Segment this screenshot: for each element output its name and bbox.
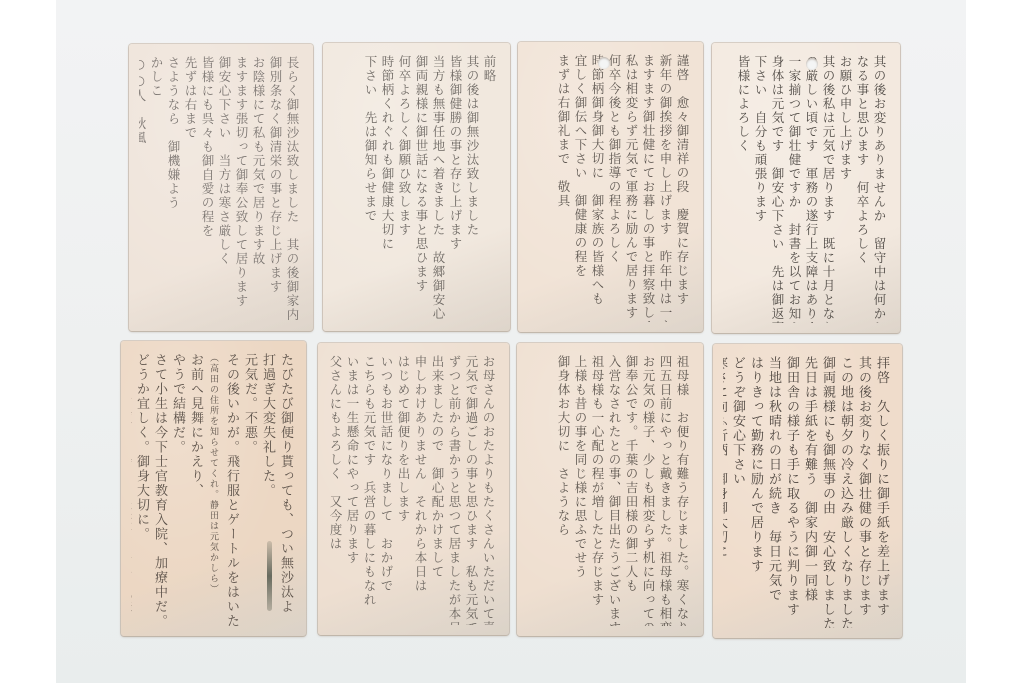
text-column: 下さい 先は御知らせまで [362,55,379,321]
text-column: 御奉公です。千葉の吉田様の御二人も [623,355,640,626]
postcard-1: 長らく御無沙汰致しました 其の後御家内御一同様にも御別条なく御清栄の事と存じ上げ… [129,44,313,331]
text-column: お陰様にて私も元気で居ります故 [250,56,267,321]
text-column: 皆様にも呉々も御自愛の程を [199,56,216,321]
text-column: 寒さに向ふ折柄 御身御大切に [723,356,728,628]
text-column: 何卒今後とも御指導の程よろしく [606,54,623,322]
handwritten-text: 前略其の後は御無沙汰致しました皆様御健勝の事と存じ上げます当方も無事任地へ着きま… [333,55,498,321]
text-column: 祖母様 お便り有難う存じました。寒くなり [674,355,691,626]
handwritten-text: 其の後お変りありませんか 留守中は何かとお世話になる事と思ひます 何卒よろしくお… [722,55,888,323]
text-column: 当地は秋晴れの日が続き 毎日元気で [764,356,782,628]
text-column: 御田舎の様子も手に取るやうに判ります [782,356,800,628]
text-column: 出来ましたので 御心配かけまして [429,355,446,625]
text-column: 長らく御無沙汰致しました 其の後御家内御一同様にも [284,56,301,321]
text-column: 申しわけありません それから本日は [412,355,429,625]
text-column: たびたび御便り貰っても、つい無沙汰よ [276,353,294,626]
text-column: やうで結構だ。 [168,353,186,626]
text-column: 謹啓 愈々御清祥の段 慶賀に存じます [674,54,691,322]
text-column: さて小生は今下士官教育入院、加療中だ。 [150,353,168,626]
margin-note: （高田の住所を知らせてくれ。静田は元気かしら） [204,353,222,626]
text-column: その後いかが。飛行服とゲートルをはいたり、だいぶ仰え気の [222,353,240,626]
text-column: 御別条なく御清栄の事と存じ上げます [267,56,284,321]
handwritten-text: 祖母様 お便り有難う存じました。寒くなり四五日前にやっと戴きました。祖母様も相変… [527,355,691,626]
postcard-7: 祖母様 お便り有難う存じました。寒くなり四五日前にやっと戴きました。祖母様も相変… [517,343,703,636]
text-column: こちらも元気です 兵営の暮しにもなれ [361,355,378,625]
text-column: どうか宜しく。御身大切に。 [132,353,150,626]
postcard-3: 謹啓 愈々御清祥の段 慶賀に存じます新年の御挨拶を申し上げます 昨年中は一方なら… [518,42,703,332]
handwritten-text: 拝啓 久しく振りに御手紙を差上げます 秋風の候其の後お変りなく御壮健の事と存じま… [723,356,890,628]
text-column: 其の後お変りありませんか 留守中は何かとお世話に [871,55,888,323]
text-column: なる事と思ひます 何卒よろしく [854,55,871,323]
text-column: 元気だ。不悪。 [240,353,258,626]
text-column: どうぞ御安心下さい [728,356,746,628]
text-column: かしこ [148,56,165,321]
text-column: 当方も無事任地へ着きました 故郷御安心下さい [430,55,447,321]
text-column: ○○人 秋風 [139,56,148,321]
text-column: 其の後お変りなく御壮健の事と存じます [854,356,872,628]
text-column: 皆様御健勝の事と存じ上げます [447,55,464,321]
handwritten-text: 謹啓 愈々御清祥の段 慶賀に存じます新年の御挨拶を申し上げます 昨年中は一方なら… [528,54,691,322]
handwritten-text: お母さんのおたよりもたくさんいただいて喜んで居ります元気で御過ごしの事と思ひます… [328,355,497,625]
text-column: お母さんのおたよりもたくさんいただいて喜んで居ります [480,355,497,625]
text-column: 身体は元気です 御安心下さい 先は御返事まで [769,55,786,323]
text-column: まずは右御礼まで 敬具 [555,54,572,322]
text-column: 其の後私は元気で居ります 既に十月となりました 寒さ [820,55,837,323]
text-column: ますます張切って御奉公致して居ります [233,56,250,321]
text-column: では、御便りを待つ。未筆乍ら御両親様 [131,353,132,626]
text-column: 前略 [481,55,498,321]
text-column: 御両親様に御世話になる事と思ひます [413,55,430,321]
text-column: 新年の御挨拶を申し上げます 昨年中は一方ならぬ御世話になり [657,54,674,322]
punched-hole [806,58,818,70]
postcard-4: 其の後お変りありませんか 留守中は何かとお世話になる事と思ひます 何卒よろしくお… [712,43,900,333]
text-column: 何卒よろしく御願ひ致します [396,55,413,321]
text-column: 祖母様も一心配の程が増したと存じます [589,355,606,626]
text-column: 拝啓 久しく振りに御手紙を差上げます 秋風の候 [872,356,890,628]
text-column: 御両親様にも御無事の由 安心致しました [818,356,836,628]
punched-hole [598,57,610,69]
text-column: 一家揃つて御壮健ですか 封書を以てお知らせ下さい [786,55,803,323]
ink-stain [267,541,272,611]
postcard-2: 前略其の後は御無沙汰致しました皆様御健勝の事と存じ上げます当方も無事任地へ着きま… [323,43,510,331]
text-column: 其の後は御無沙汰致しました [464,55,481,321]
text-column: さようなら 御機嫌よう [165,56,182,321]
text-column: お元気の様子、少しも相変らず机に向っての [640,355,657,626]
text-column: 時節柄くれぐれも御健康大切に [379,55,396,321]
text-column: この地は朝夕の冷え込み厳しくなりました 小生は元気で [836,356,854,628]
postcard-8: 拝啓 久しく振りに御手紙を差上げます 秋風の候其の後お変りなく御壮健の事と存じま… [713,344,902,638]
text-column: 入営なされたとの事、御目出たうございますが [606,355,623,626]
text-column: はりきって勤務に励んで居ります [746,356,764,628]
text-column: 下さい 自分も頑張ります [752,55,769,323]
text-column: 父さんにもよろしく 又今度は [328,355,344,625]
text-column: 先ずは右まで [182,56,199,321]
text-column: 宜しく御伝へ下さい 御健康の程を [572,54,589,322]
text-column: いつもお世話になりまして おかげで [378,355,395,625]
text-column: 御身体お大切に さようなら [555,355,572,626]
postcard-6: お母さんのおたよりもたくさんいただいて喜んで居ります元気で御過ごしの事と思ひます… [318,343,509,635]
text-column: 皆様によろしく [735,55,752,323]
text-column: 私は相変らず元気で軍務に励んで居ります [623,54,640,322]
text-column: 上様も昔の事を同じ様に思ふでせう [572,355,589,626]
text-column: お前へ見舞にかえり、 [186,353,204,626]
text-column: いまは一生懸命にやって居ります [344,355,361,625]
text-column: の厳しい頃です 軍務の遂行上支障はありませんか [803,55,820,323]
text-column: 四五日前にやっと戴きました。祖母様も相変らず [657,355,674,626]
text-column: ますます御壮健にてお暮しの事と拝察致します [640,54,657,322]
text-column: はじめて御便りを出します [395,355,412,625]
text-column: 元気で御過ごしの事と思ひます 私も元気です [463,355,480,625]
handwritten-text: 長らく御無沙汰致しました 其の後御家内御一同様にも御別条なく御清栄の事と存じ上げ… [139,56,301,321]
text-column: ずつと前から書かうと思つて居ましたが本日やつと暇が [446,355,463,625]
text-column: 御安心下さい 当方は寒さ厳しく [216,56,233,321]
text-column: お願ひ申し上げます [837,55,854,323]
text-column: 先日は手紙を有難う 御家内御一同様 [800,356,818,628]
postcard-5: たびたび御便り貰っても、つい無沙汰よ打過ぎ大変失礼した。元気だ。不悪。その後いか… [121,341,306,636]
text-column: 時節柄御身御大切に 御家族の皆様へも [589,54,606,322]
